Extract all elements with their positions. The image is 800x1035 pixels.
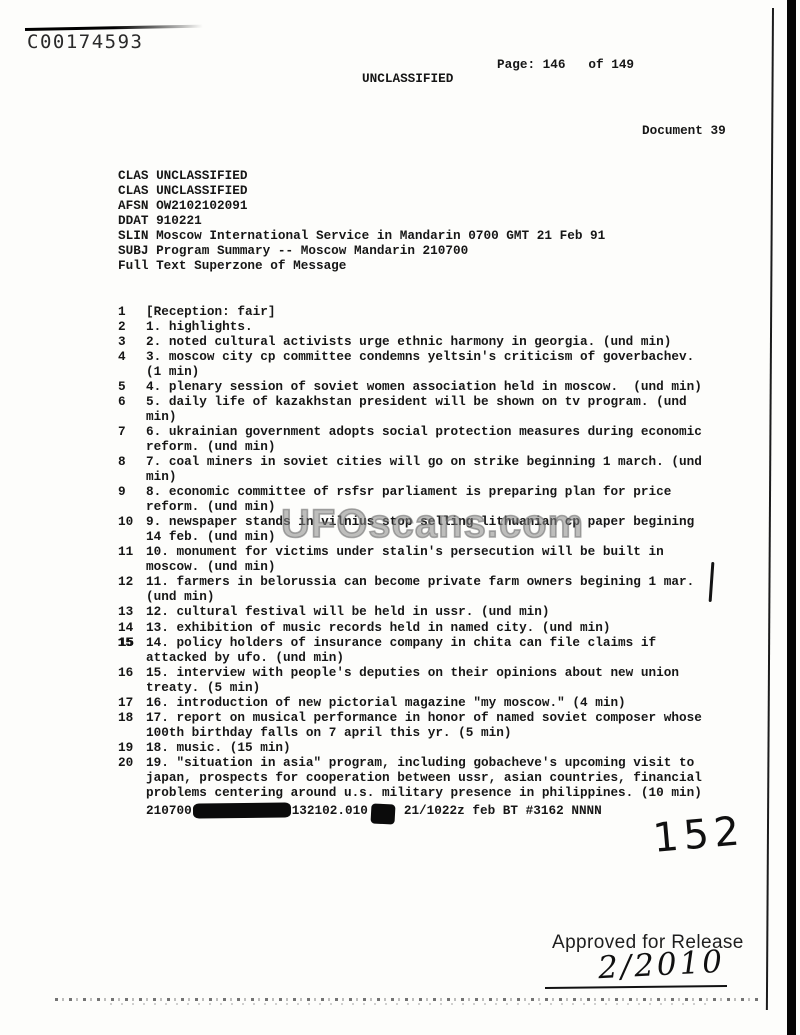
superzone-row: 32. noted cultural activists urge ethnic… [118, 334, 758, 349]
superzone-row: 54. plenary session of soviet women asso… [118, 379, 758, 394]
handwritten-release-date: 2/2010 [597, 944, 726, 987]
row-lines: 11. farmers in belorussia can become pri… [146, 574, 758, 604]
text-line: reform. (und min) [146, 499, 758, 514]
text-line: 100th birthday falls on 7 april this yr.… [146, 725, 758, 740]
row-lines: 18. music. (15 min) [146, 740, 758, 755]
line-number: 7 [118, 424, 146, 439]
row-lines: 2. noted cultural activists urge ethnic … [146, 334, 758, 349]
message-body: CLAS UNCLASSIFIEDCLAS UNCLASSIFIEDAFSN O… [118, 138, 758, 850]
text-line: treaty. (5 min) [146, 680, 758, 695]
document-number-label: Document 39 [642, 123, 726, 138]
text-line: 11. farmers in belorussia can become pri… [146, 574, 758, 589]
line-number: 3 [118, 334, 146, 349]
document-id: C00174593 [27, 31, 143, 53]
header-line: CLAS UNCLASSIFIED [118, 183, 758, 198]
superzone-row: 2019. "situation in asia" program, inclu… [118, 755, 758, 820]
row-lines: 15. interview with people's deputies on … [146, 665, 758, 695]
row-lines: 5. daily life of kazakhstan president wi… [146, 394, 758, 424]
text-line: [Reception: fair] [146, 304, 758, 319]
text-line: 19. "situation in asia" program, includi… [146, 755, 758, 770]
superzone-row: 21. highlights. [118, 319, 758, 334]
row-lines: 1. highlights. [146, 319, 758, 334]
row-lines: 12. cultural festival will be held in us… [146, 604, 758, 619]
text-line: moscow. (und min) [146, 559, 758, 574]
header-line: SLIN Moscow International Service in Man… [118, 228, 758, 243]
text-line: japan, prospects for cooperation between… [146, 770, 758, 785]
superzone-row: 1817. report on musical performance in h… [118, 710, 758, 740]
superzone-rows: 1[Reception: fair]21. highlights.32. not… [118, 304, 758, 821]
line-number: 4 [118, 349, 146, 364]
text-line: 4. plenary session of soviet women assoc… [146, 379, 758, 394]
text-line: 10. monument for victims under stalin's … [146, 544, 758, 559]
header-line: Full Text Superzone of Message [118, 258, 758, 273]
line-number: 12 [118, 574, 146, 589]
line-number: 14 [118, 620, 146, 635]
line-number: 10 [118, 514, 146, 529]
line-number: 19 [118, 740, 146, 755]
header-line: CLAS UNCLASSIFIED [118, 168, 758, 183]
text-line: 14 feb. (und min) [146, 529, 758, 544]
superzone-row: 1413. exhibition of music records held i… [118, 620, 758, 635]
text-line: problems centering around u.s. military … [146, 785, 758, 800]
superzone-row: 98. economic committee of rsfsr parliame… [118, 484, 758, 514]
text-line: min) [146, 409, 758, 424]
scan-artifact-edge-bar [787, 0, 796, 1035]
row-lines: 17. report on musical performance in hon… [146, 710, 758, 740]
header-line: AFSN OW2102102091 [118, 198, 758, 213]
line-number: 9 [118, 484, 146, 499]
row-lines: 13. exhibition of music records held in … [146, 620, 758, 635]
line-number: 17 [118, 695, 146, 710]
row-lines: 14. policy holders of insurance company … [146, 635, 758, 665]
row-lines: 10. monument for victims under stalin's … [146, 544, 758, 574]
header-line: DDAT 910221 [118, 213, 758, 228]
text-line: 6. ukrainian government adopts social pr… [146, 424, 758, 439]
scan-noise-band [55, 998, 760, 1001]
superzone-row: 1[Reception: fair] [118, 304, 758, 319]
sign-off-prefix: 210700 [146, 803, 192, 818]
text-line: 16. introduction of new pictorial magazi… [146, 695, 758, 710]
row-lines: 7. coal miners in soviet cities will go … [146, 454, 758, 484]
sign-off-middle: 132102.010 [292, 803, 368, 818]
text-line: (1 min) [146, 364, 758, 379]
classification-header: UNCLASSIFIED [362, 71, 453, 86]
row-lines: 8. economic committee of rsfsr parliamen… [146, 484, 758, 514]
superzone-row: 65. daily life of kazakhstan president w… [118, 394, 758, 424]
text-line: 13. exhibition of music records held in … [146, 620, 758, 635]
text-line: 15. interview with people's deputies on … [146, 665, 758, 680]
superzone-row: 76. ukrainian government adopts social p… [118, 424, 758, 454]
text-line: 1. highlights. [146, 319, 758, 334]
scan-noise-band-2 [110, 1003, 710, 1005]
row-lines: 9. newspaper stands in vilnius stop sell… [146, 514, 758, 544]
superzone-row: 1211. farmers in belorussia can become p… [118, 574, 758, 604]
text-line: 12. cultural festival will be held in us… [146, 604, 758, 619]
line-number: 8 [118, 454, 146, 469]
row-lines: 6. ukrainian government adopts social pr… [146, 424, 758, 454]
text-line: min) [146, 469, 758, 484]
text-line: attacked by ufo. (und min) [146, 650, 758, 665]
scan-artifact-thin-line [766, 8, 774, 1010]
line-number: 16 [118, 665, 146, 680]
superzone-row: 1918. music. (15 min) [118, 740, 758, 755]
text-line: 7. coal miners in soviet cities will go … [146, 454, 758, 469]
superzone-row: 87. coal miners in soviet cities will go… [118, 454, 758, 484]
redaction-bar [193, 802, 291, 818]
line-number: 20 [118, 755, 146, 770]
superzone-row: 1615. interview with people's deputies o… [118, 665, 758, 695]
superzone-row: 1110. monument for victims under stalin'… [118, 544, 758, 574]
text-line: 5. daily life of kazakhstan president wi… [146, 394, 758, 409]
stamp-underline [545, 985, 727, 989]
text-line: reform. (und min) [146, 439, 758, 454]
text-line: 14. policy holders of insurance company … [146, 635, 758, 650]
text-line: 9. newspaper stands in vilnius stop sell… [146, 514, 758, 529]
line-number: 15 [118, 635, 146, 650]
text-line: (und min) [146, 589, 758, 604]
line-number: 6 [118, 394, 146, 409]
superzone-row: 1312. cultural festival will be held in … [118, 604, 758, 619]
line-number: 11 [118, 544, 146, 559]
handwritten-page-number: 152 [651, 808, 746, 862]
text-line: 3. moscow city cp committee condemns yel… [146, 349, 758, 364]
superzone-row: 109. newspaper stands in vilnius stop se… [118, 514, 758, 544]
superzone-row: 1716. introduction of new pictorial maga… [118, 695, 758, 710]
superzone-row: 1514. policy holders of insurance compan… [118, 635, 758, 665]
superzone-row: 43. moscow city cp committee condemns ye… [118, 349, 758, 379]
text-line: 2. noted cultural activists urge ethnic … [146, 334, 758, 349]
page-number-label: Page: 146 of 149 [497, 57, 634, 72]
line-number: 1 [118, 304, 146, 319]
text-line: 8. economic committee of rsfsr parliamen… [146, 484, 758, 499]
row-lines: 16. introduction of new pictorial magazi… [146, 695, 758, 710]
scanned-document-page: C00174593 Page: 146 of 149 UNCLASSIFIED … [0, 0, 800, 1035]
row-lines: 19. "situation in asia" program, includi… [146, 755, 758, 820]
text-line: 17. report on musical performance in hon… [146, 710, 758, 725]
row-lines: 4. plenary session of soviet women assoc… [146, 379, 758, 394]
row-lines: [Reception: fair] [146, 304, 758, 319]
row-lines: 3. moscow city cp committee condemns yel… [146, 349, 758, 379]
sign-off-suffix: 21/1022z feb BT #3162 NNNN [404, 803, 602, 818]
line-number: 18 [118, 710, 146, 725]
message-header-lines: CLAS UNCLASSIFIEDCLAS UNCLASSIFIEDAFSN O… [118, 168, 758, 273]
text-line: 18. music. (15 min) [146, 740, 758, 755]
redaction-blob [370, 803, 395, 824]
header-line: SUBJ Program Summary -- Moscow Mandarin … [118, 243, 758, 258]
line-number: 13 [118, 604, 146, 619]
line-number: 5 [118, 379, 146, 394]
line-number: 2 [118, 319, 146, 334]
